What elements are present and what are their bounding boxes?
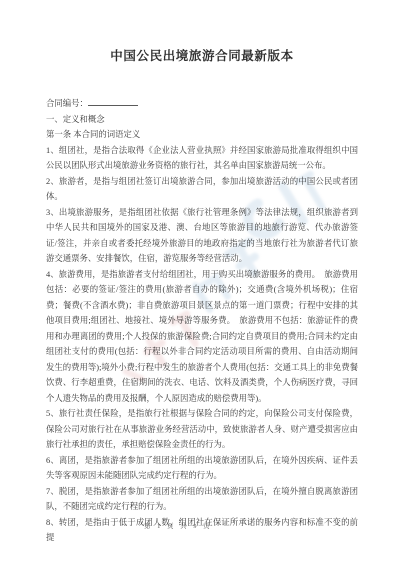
paragraph-zeren-baoxian: 5、旅行社责任保险，是指旅行社根据与保险合同的约定，向保险公司支付保险费，保险公… — [46, 406, 358, 453]
page-footer: 第 1 页 共 9 页 — [0, 521, 356, 530]
contract-number-blank — [88, 97, 138, 106]
section-heading-definitions: 一、定义和概念 — [46, 112, 358, 128]
document-page: 中国公民出境旅游合同最新版本 合同编号： 一、定义和概念 第一条 本合同的词语定… — [0, 0, 400, 565]
paragraph-lvyou-feiyong: 4、旅游费用，是指旅游者支付给组团社，用于购买出境旅游服务的费用。 旅游费用包括… — [46, 267, 358, 407]
document-title: 中国公民出境旅游合同最新版本 — [46, 47, 358, 65]
contract-number-line: 合同编号： — [46, 96, 358, 112]
paragraph-tuotuan: 7、脱团，是指旅游者参加了组团社所组的出境旅游团队后，在境外擅自脱离旅游团队，不… — [46, 484, 358, 515]
document-body: 合同编号： 一、定义和概念 第一条 本合同的词语定义 1、组团社，是指合法取得《… — [46, 96, 358, 546]
paragraph-lvyouzhe: 2、旅游者，是指与组团社签订出境旅游合同，参加出境旅游活动的中国公民或者团体。 — [46, 174, 358, 205]
article-heading: 第一条 本合同的词语定义 — [46, 127, 358, 143]
paragraph-zhuantuan: 8、转团，是指由于低于成团人数，组团社在保证所承诺的服务内容和标准不变的前提 — [46, 515, 358, 546]
contract-number-label: 合同编号： — [46, 99, 88, 108]
paragraph-lituan: 6、离团，是指旅游者参加了组团社所组的出境旅游团队后，在境外因疾病、证件丢失等客… — [46, 453, 358, 484]
paragraph-chujing-service: 3、出境旅游服务，是指组团社依据《旅行社管理条例》等法律法规，组织旅游者到中华人… — [46, 205, 358, 267]
paragraph-zutuanshe: 1、组团社，是指合法取得《企业法人营业执照》并经国家旅游局批准取得组织中国公民以… — [46, 143, 358, 174]
